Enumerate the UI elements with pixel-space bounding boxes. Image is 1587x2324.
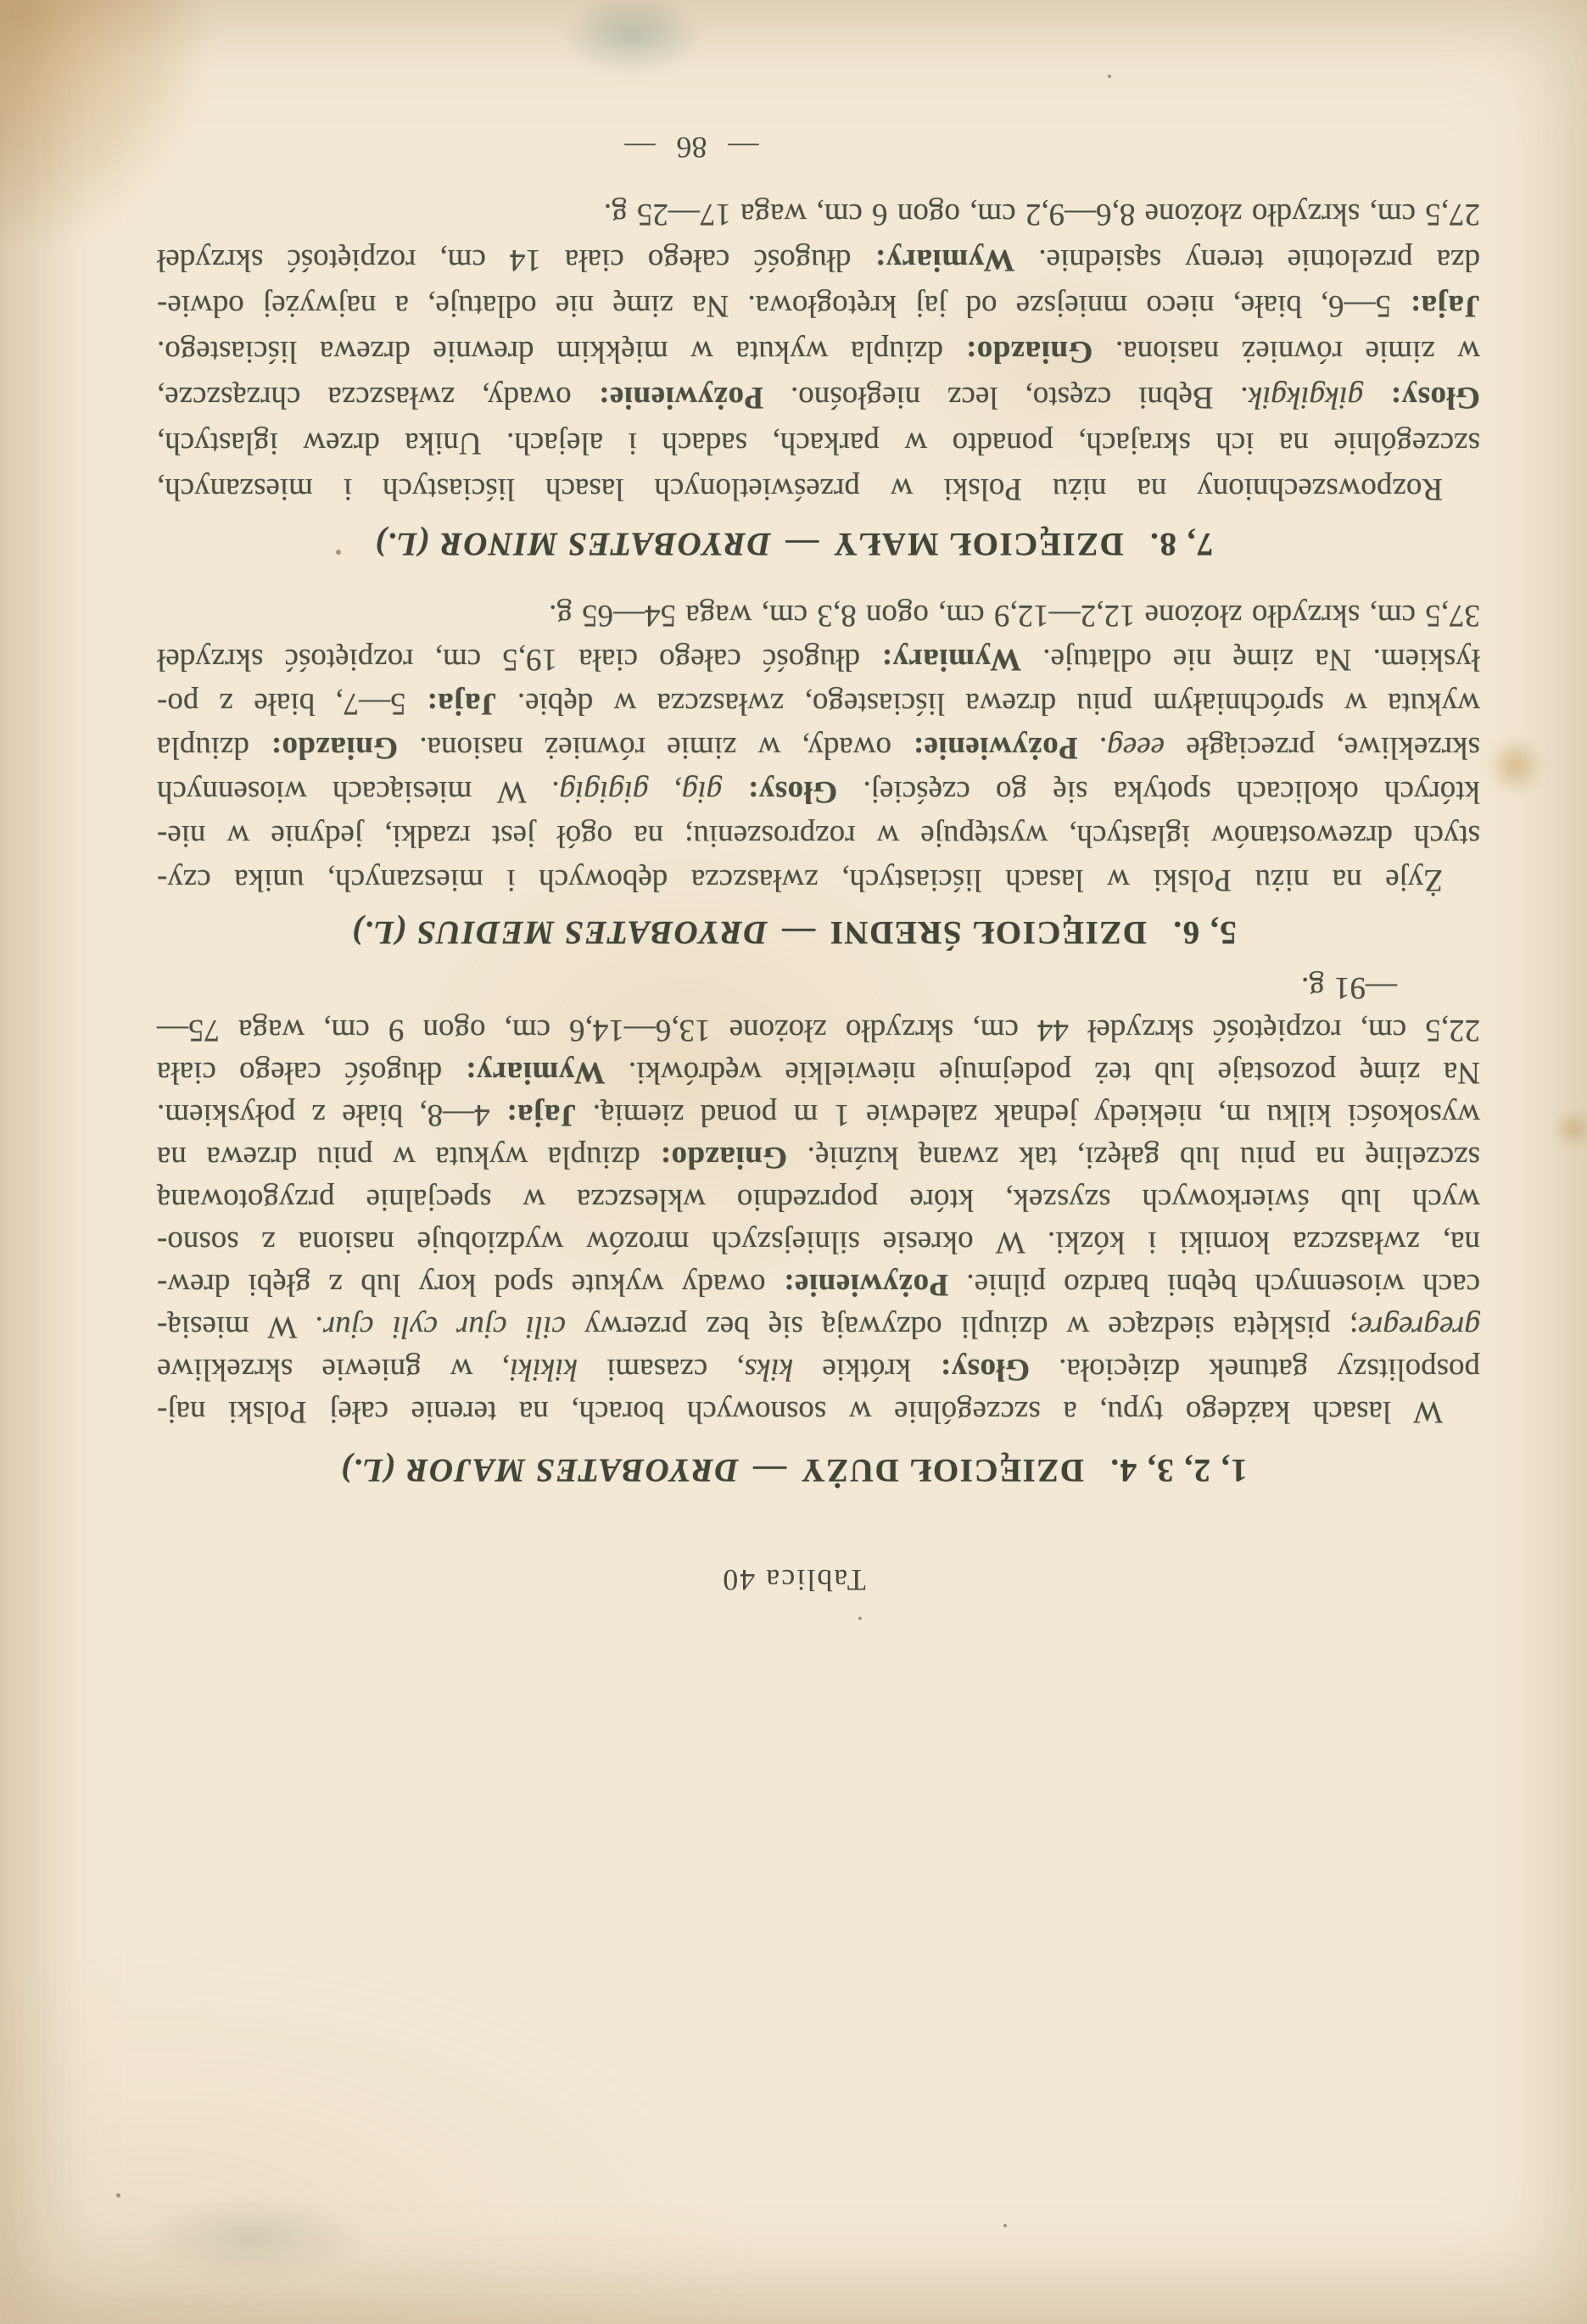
text-line: Żyje na niżu Polski w lasach liściastych… (157, 858, 1480, 902)
text-line: Jaja: 5—6, białe, nieco mniejsze od jaj … (157, 282, 1480, 328)
polish-name: DZIĘCIOŁ DUŻY (800, 1452, 1084, 1489)
text-line: gregregre; pisklęta siedzące w dziupli o… (157, 1305, 1480, 1348)
text-line: W lasach każdego typu, a szczególnie w s… (157, 1390, 1480, 1433)
text-line: stych drzewostanów iglastych, występuje … (157, 813, 1480, 858)
latin-name: DRYOBATES MAJOR (L.) (339, 1452, 738, 1489)
latin-name: DRYOBATES MINOR (L.) (374, 526, 771, 562)
figure-numbers: 7, 8. (1149, 526, 1214, 562)
text-line: Na zimę pozostaje lub też podejmuje niew… (157, 1051, 1480, 1093)
section-heading-dryobates-medius: 5, 6.DZIĘCIOŁ ŚREDNI—DRYOBATES MEDIUS (L… (0, 913, 1587, 951)
paragraph-dryobates-medius: Żyje na niżu Polski w lasach liściastych… (157, 593, 1480, 902)
polish-name: DZIĘCIOŁ ŚREDNI (829, 914, 1147, 951)
text-line: wych lub świerkowych szyszek, które popr… (157, 1178, 1480, 1221)
text-line: w zimie również nasiona. Gniazdo: dziupl… (157, 328, 1480, 374)
section-heading-dryobates-minor: 7, 8.DZIĘCIOŁ MAŁY—DRYOBATES MINOR (L.) (0, 525, 1587, 562)
section-heading-dryobates-major: 1, 2, 3, 4.DZIĘCIOŁ DUŻY—DRYOBATES MAJOR… (0, 1451, 1587, 1489)
blank-top-margin (0, 1598, 1587, 2324)
page-number: — 86 — (0, 129, 1485, 165)
text-line: dza przelotnie tereny sąsiednie. Wymiary… (157, 237, 1480, 282)
plate-label: Tablica 40 (0, 1561, 1587, 1598)
text-line: wykuta w spróchniałym pniu drzewa liścia… (157, 681, 1480, 725)
text-line: cach wiosennych bębni bardzo pilnie. Poż… (157, 1263, 1480, 1305)
scanned-book-page: Tablica 40 1, 2, 3, 4.DZIĘCIOŁ DUŻY—DRYO… (0, 0, 1587, 2324)
text-line: wysokości kilku m, niekiedy jednak zaled… (157, 1093, 1480, 1136)
text-line: 27,5 cm, skrzydło złożone 8,6—9,2 cm, og… (157, 191, 1480, 237)
figure-numbers: 5, 6. (1172, 914, 1237, 951)
text-line: pospolitszy gatunek dzięcioła. Głosy: kr… (157, 1348, 1480, 1390)
text-line: Rozpowszechniony na niżu Polski w prześw… (157, 466, 1480, 511)
dash: — (785, 526, 819, 562)
paragraph-dryobates-minor: Rozpowszechniony na niżu Polski w prześw… (157, 191, 1480, 511)
text-line: Głosy: gikgikgik. Bębni często, lecz nie… (157, 374, 1480, 420)
latin-name: DRYOBATES MEDIUS (L.) (350, 914, 767, 951)
text-line: łyskiem. Na zimę nie odlatuje. Wymiary: … (157, 637, 1480, 681)
figure-numbers: 1, 2, 3, 4. (1109, 1452, 1248, 1489)
text-line: skrzekliwe, przeciągłe eeeg. Pożywienie:… (157, 725, 1480, 769)
paragraph-dryobates-major: W lasach każdego typu, a szczególnie w s… (157, 966, 1480, 1433)
text-line: szczelinę na pniu lub gałęzi, tak zwaną … (157, 1136, 1480, 1178)
text-line: —91 g. (157, 966, 1480, 1008)
dash: — (752, 1452, 787, 1489)
text-line: szczególnie na ich skrajach, ponadto w p… (157, 420, 1480, 466)
text-line: na, zwłaszcza korniki i kózki. W okresie… (157, 1221, 1480, 1263)
upside-down-sheet: Tablica 40 1, 2, 3, 4.DZIĘCIOŁ DUŻY—DRYO… (0, 0, 1587, 2324)
text-line: 37,5 cm, skrzydło złożone 12,2—12,9 cm, … (157, 593, 1480, 637)
dash: — (781, 914, 816, 951)
polish-name: DZIĘCIOŁ MAŁY (832, 526, 1123, 562)
text-line: 22,5 cm, rozpiętość skrzydeł 44 cm, skrz… (157, 1008, 1480, 1051)
text-line: których okolicach spotyka się go częście… (157, 769, 1480, 813)
